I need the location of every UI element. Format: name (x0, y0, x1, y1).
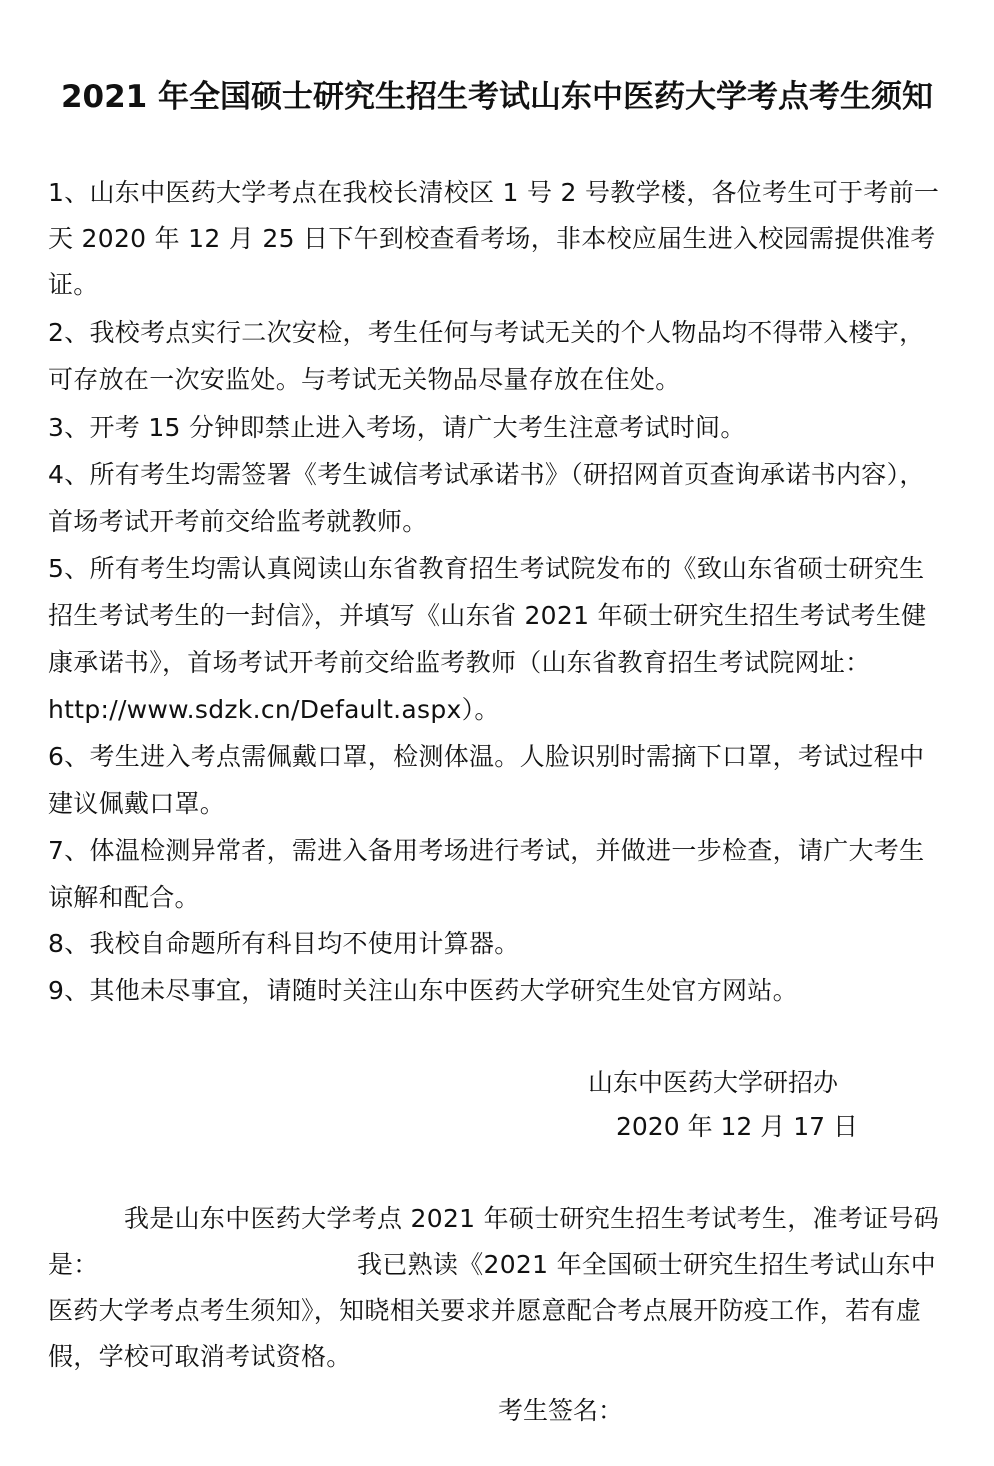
notice-item-5-line-2: 招生考试考生的一封信》，并填写《山东省 2021 年硕士研究生招生考试考生健 (48, 593, 926, 639)
pledge-line-3: 医药大学考点考生须知》，知晓相关要求并愿意配合考点展开防疫工作，若有虚 (48, 1288, 921, 1334)
pledge-line-2-suffix: 我已熟读《2021 年全国硕士研究生招生考试山东中 (357, 1242, 936, 1288)
issue-date: 2020 年 12 月 17 日 (616, 1104, 858, 1150)
notice-item-7-line-1: 7、体温检测异常者，需进入备用考场进行考试，并做进一步检查，请广大考生 (48, 828, 924, 874)
notice-item-9-line-1: 9、其他未尽事宜，请随时关注山东中医药大学研究生处官方网站。 (48, 968, 798, 1014)
notice-item-6-line-2: 建议佩戴口罩。 (48, 781, 225, 827)
pledge-line-2-prefix: 是： (48, 1242, 99, 1288)
notice-item-1-line-1: 1、山东中医药大学考点在我校长清校区 1 号 2 号教学楼，各位考生可于考前一 (48, 170, 939, 216)
notice-item-5-line-3: 康承诺书》，首场考试开考前交给监考教师（山东省教育招生考试院网址： (48, 640, 870, 686)
notice-item-6-line-1: 6、考生进入考点需佩戴口罩，检测体温。人脸识别时需摘下口罩，考试过程中 (48, 734, 924, 780)
notice-item-8-line-1: 8、我校自命题所有科目均不使用计算器。 (48, 921, 520, 967)
notice-item-5-line-1: 5、所有考生均需认真阅读山东省教育招生考试院发布的《致山东省硕士研究生 (48, 546, 924, 592)
notice-item-2-line-1: 2、我校考点实行二次安检，考生任何与考试无关的个人物品均不得带入楼宇， (48, 310, 924, 356)
notice-item-3-line-1: 3、开考 15 分钟即禁止进入考场，请广大考生注意考试时间。 (48, 405, 746, 451)
notice-item-5-url-line: http://www.sdzk.cn/Default.aspx）。 (48, 687, 500, 733)
notice-item-1-line-2: 天 2020 年 12 月 25 日下午到校查看考场，非本校应届生进入校园需提供… (48, 216, 936, 262)
notice-item-1-line-3: 证。 (48, 262, 99, 308)
pledge-line-1: 我是山东中医药大学考点 2021 年硕士研究生招生考试考生，准考证号码 (124, 1196, 939, 1242)
notice-item-4-line-1: 4、所有考生均需签署《考生诚信考试承诺书》（研招网首页查询承诺书内容）， (48, 452, 925, 498)
document-title: 2021 年全国硕士研究生招生考试山东中医药大学考点考生须知 (0, 72, 994, 122)
notice-item-7-line-2: 谅解和配合。 (48, 875, 200, 921)
pledge-line-4: 假，学校可取消考试资格。 (48, 1334, 352, 1380)
candidate-signature-label: 考生签名： (498, 1388, 623, 1434)
notice-item-2-line-2: 可存放在一次安监处。与考试无关物品尽量存放在住处。 (48, 357, 681, 403)
issuing-office: 山东中医药大学研招办 (588, 1060, 838, 1106)
notice-item-4-line-2: 首场考试开考前交给监考就教师。 (48, 499, 428, 545)
